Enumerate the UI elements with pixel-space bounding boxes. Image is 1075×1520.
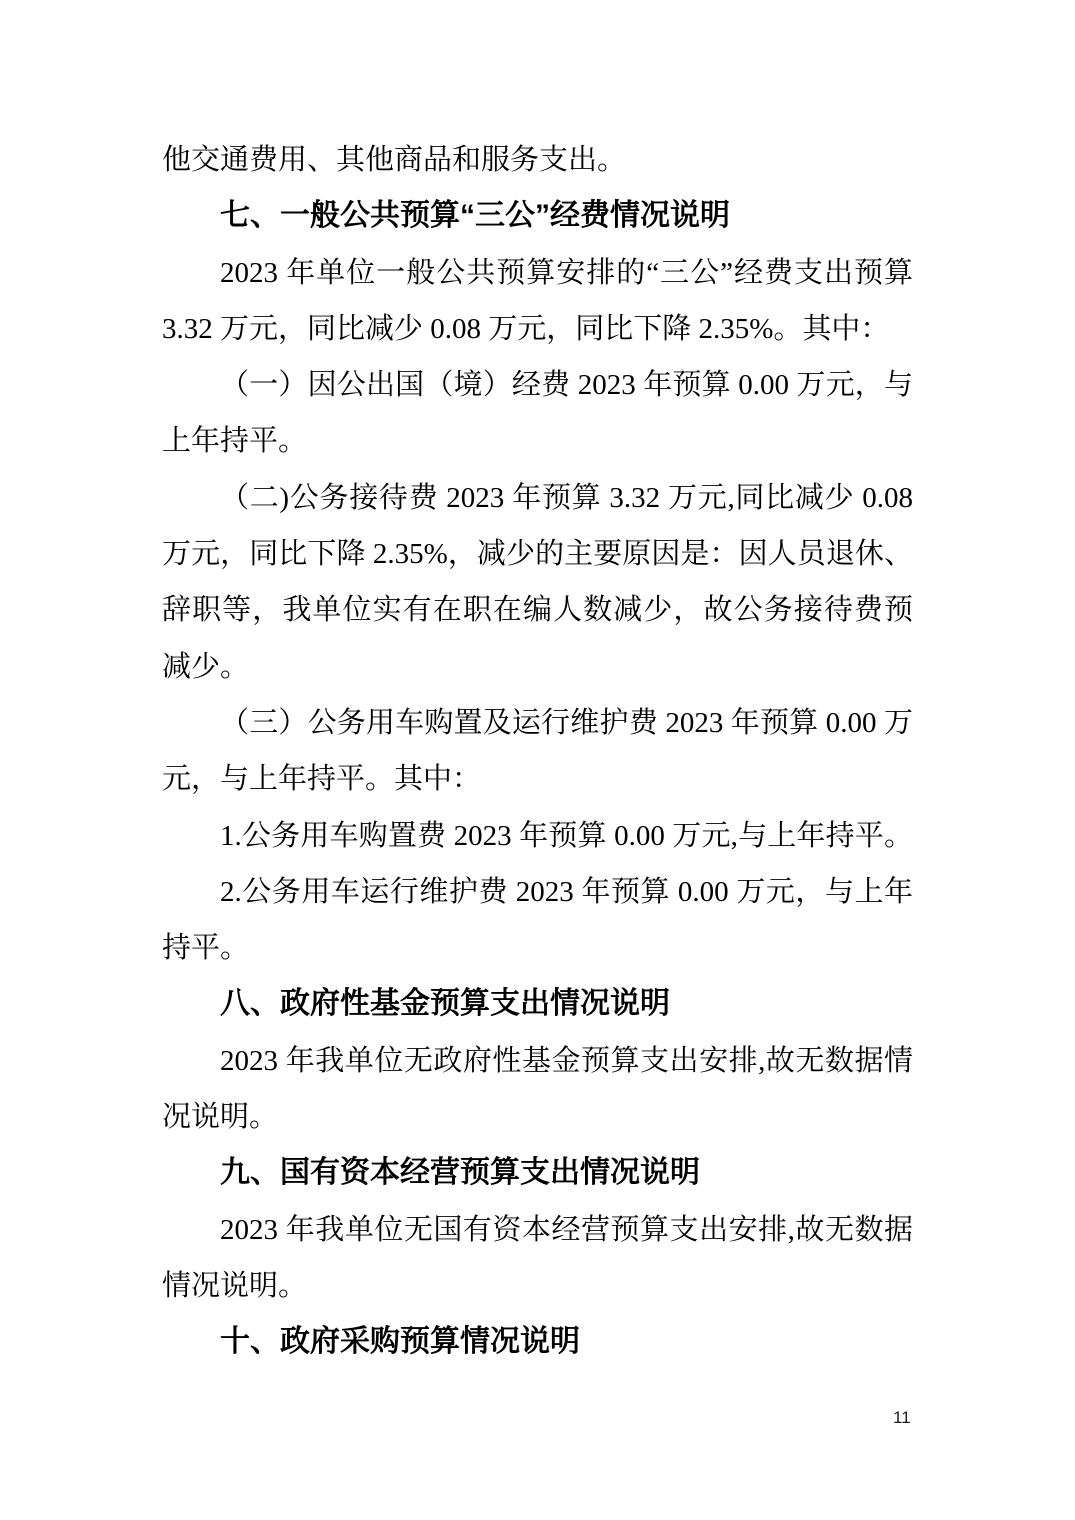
paragraph-line: 3.32 万元，同比减少 0.08 万元，同比下降 2.35%。其中：: [162, 301, 913, 357]
paragraph-line: （三）公务用车购置及运行维护费 2023 年预算 0.00 万: [162, 695, 913, 751]
paragraph-line: 辞职等，我单位实有在职在编人数减少，故公务接待费预算: [162, 582, 913, 638]
paragraph-line: 2.公务用车运行维护费 2023 年预算 0.00 万元，与上年: [162, 864, 913, 920]
paragraph-line: 上年持平。: [162, 413, 913, 469]
paragraph-line: 2023 年单位一般公共预算安排的“三公”经费支出预算: [162, 245, 913, 301]
page-number: 11: [893, 1406, 911, 1430]
paragraph-line: 他交通费用、其他商品和服务支出。: [162, 132, 913, 188]
paragraph-line: 万元，同比下降 2.35%，减少的主要原因是：因人员退休、: [162, 526, 913, 582]
document-body: 他交通费用、其他商品和服务支出。 七、一般公共预算“三公”经费情况说明 2023…: [162, 132, 913, 1371]
section-heading-9: 九、国有资本经营预算支出情况说明: [162, 1145, 913, 1201]
section-heading-10: 十、政府采购预算情况说明: [162, 1314, 913, 1370]
paragraph-line: （二)公务接待费 2023 年预算 3.32 万元,同比减少 0.08: [162, 470, 913, 526]
paragraph-line: 情况说明。: [162, 1258, 913, 1314]
section-heading-7: 七、一般公共预算“三公”经费情况说明: [162, 188, 913, 244]
paragraph-line: 1.公务用车购置费 2023 年预算 0.00 万元,与上年持平。: [162, 808, 913, 864]
paragraph-line: 2023 年我单位无国有资本经营预算支出安排,故无数据: [162, 1202, 913, 1258]
paragraph-line: 减少。: [162, 639, 913, 695]
paragraph-line: 元，与上年持平。其中：: [162, 751, 913, 807]
paragraph-line: 况说明。: [162, 1089, 913, 1145]
section-heading-8: 八、政府性基金预算支出情况说明: [162, 976, 913, 1032]
document-page: 他交通费用、其他商品和服务支出。 七、一般公共预算“三公”经费情况说明 2023…: [0, 0, 1075, 1520]
paragraph-line: 2023 年我单位无政府性基金预算支出安排,故无数据情: [162, 1033, 913, 1089]
paragraph-line: （一）因公出国（境）经费 2023 年预算 0.00 万元，与: [162, 357, 913, 413]
paragraph-line: 持平。: [162, 920, 913, 976]
